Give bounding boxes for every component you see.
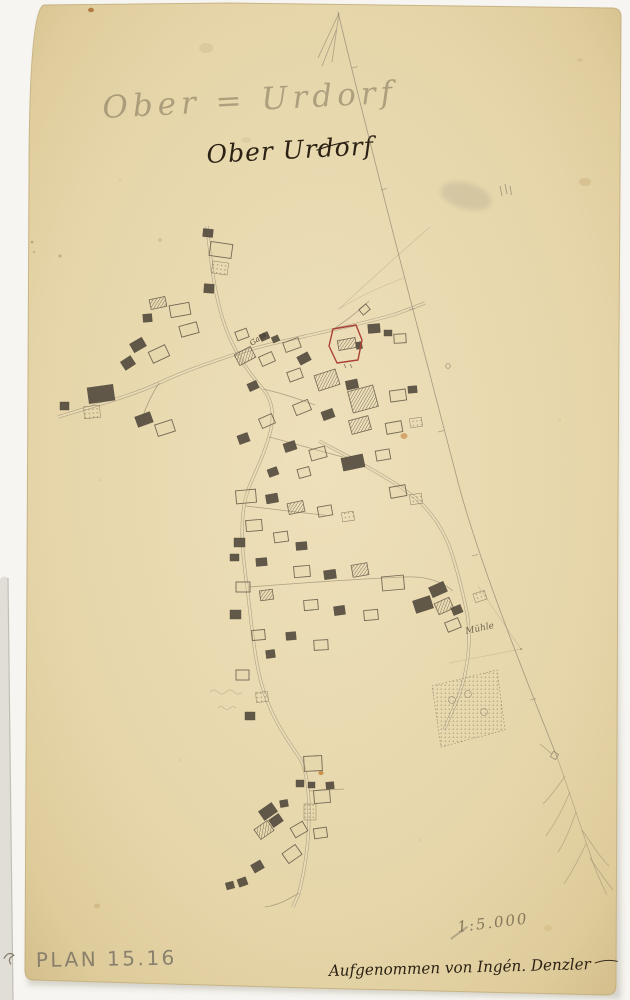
building: [84, 405, 101, 418]
building: [304, 599, 319, 610]
building: [296, 780, 304, 787]
stain-spot: [401, 433, 408, 439]
building: [323, 569, 336, 580]
building: [304, 804, 316, 820]
building: [236, 670, 249, 680]
building: [211, 261, 229, 275]
building: [333, 605, 345, 615]
building: [408, 386, 418, 394]
building: [375, 449, 391, 461]
building: [368, 323, 381, 333]
survey-point: [520, 648, 522, 650]
building: [364, 609, 379, 620]
stain-spot: [94, 904, 100, 909]
building: [326, 782, 335, 790]
building: [265, 493, 278, 504]
building: [286, 632, 297, 641]
building: [235, 489, 256, 504]
building: [389, 485, 407, 499]
building: [341, 511, 354, 522]
building: [384, 330, 392, 336]
building: [304, 756, 323, 772]
building: [256, 558, 268, 567]
stain-spot: [158, 238, 162, 241]
stain-spot: [579, 178, 591, 186]
plan-scan-canvas: Ober = Urdorf Ober Urdorf: [0, 0, 630, 1000]
building: [313, 789, 330, 803]
building: [230, 554, 239, 561]
building: [389, 389, 406, 402]
scanned-plan-page: Ober = Urdorf Ober Urdorf: [0, 0, 630, 1000]
building: [245, 712, 255, 720]
building: [60, 402, 69, 410]
building: [209, 242, 233, 259]
building: [409, 493, 422, 505]
building: [143, 314, 153, 323]
stain-spot: [88, 8, 94, 12]
building: [204, 284, 215, 294]
building: [351, 563, 369, 578]
building: [409, 417, 422, 428]
building: [259, 589, 273, 601]
building: [296, 542, 308, 551]
building: [314, 640, 329, 651]
plan-number-label: PLAN 15.16: [36, 946, 177, 972]
building: [203, 228, 214, 237]
building: [294, 565, 311, 577]
building: [252, 629, 266, 640]
stain-spot: [318, 771, 323, 775]
building: [279, 799, 288, 807]
building: [308, 782, 315, 788]
stain-spot: [31, 241, 34, 243]
building: [236, 582, 250, 592]
building: [313, 827, 327, 839]
building: [256, 691, 269, 702]
stain-spot: [33, 251, 35, 253]
stain-spot: [199, 43, 213, 53]
building: [381, 575, 404, 591]
building: [394, 334, 406, 344]
stain-spot: [58, 255, 62, 258]
building: [230, 610, 241, 619]
building: [87, 384, 115, 403]
building: [317, 505, 333, 517]
stain-spot: [577, 58, 583, 62]
building: [273, 531, 288, 543]
building: [246, 519, 263, 531]
building: [265, 649, 275, 658]
building: [234, 538, 245, 547]
building: [385, 421, 403, 435]
stain-spot: [544, 925, 552, 931]
